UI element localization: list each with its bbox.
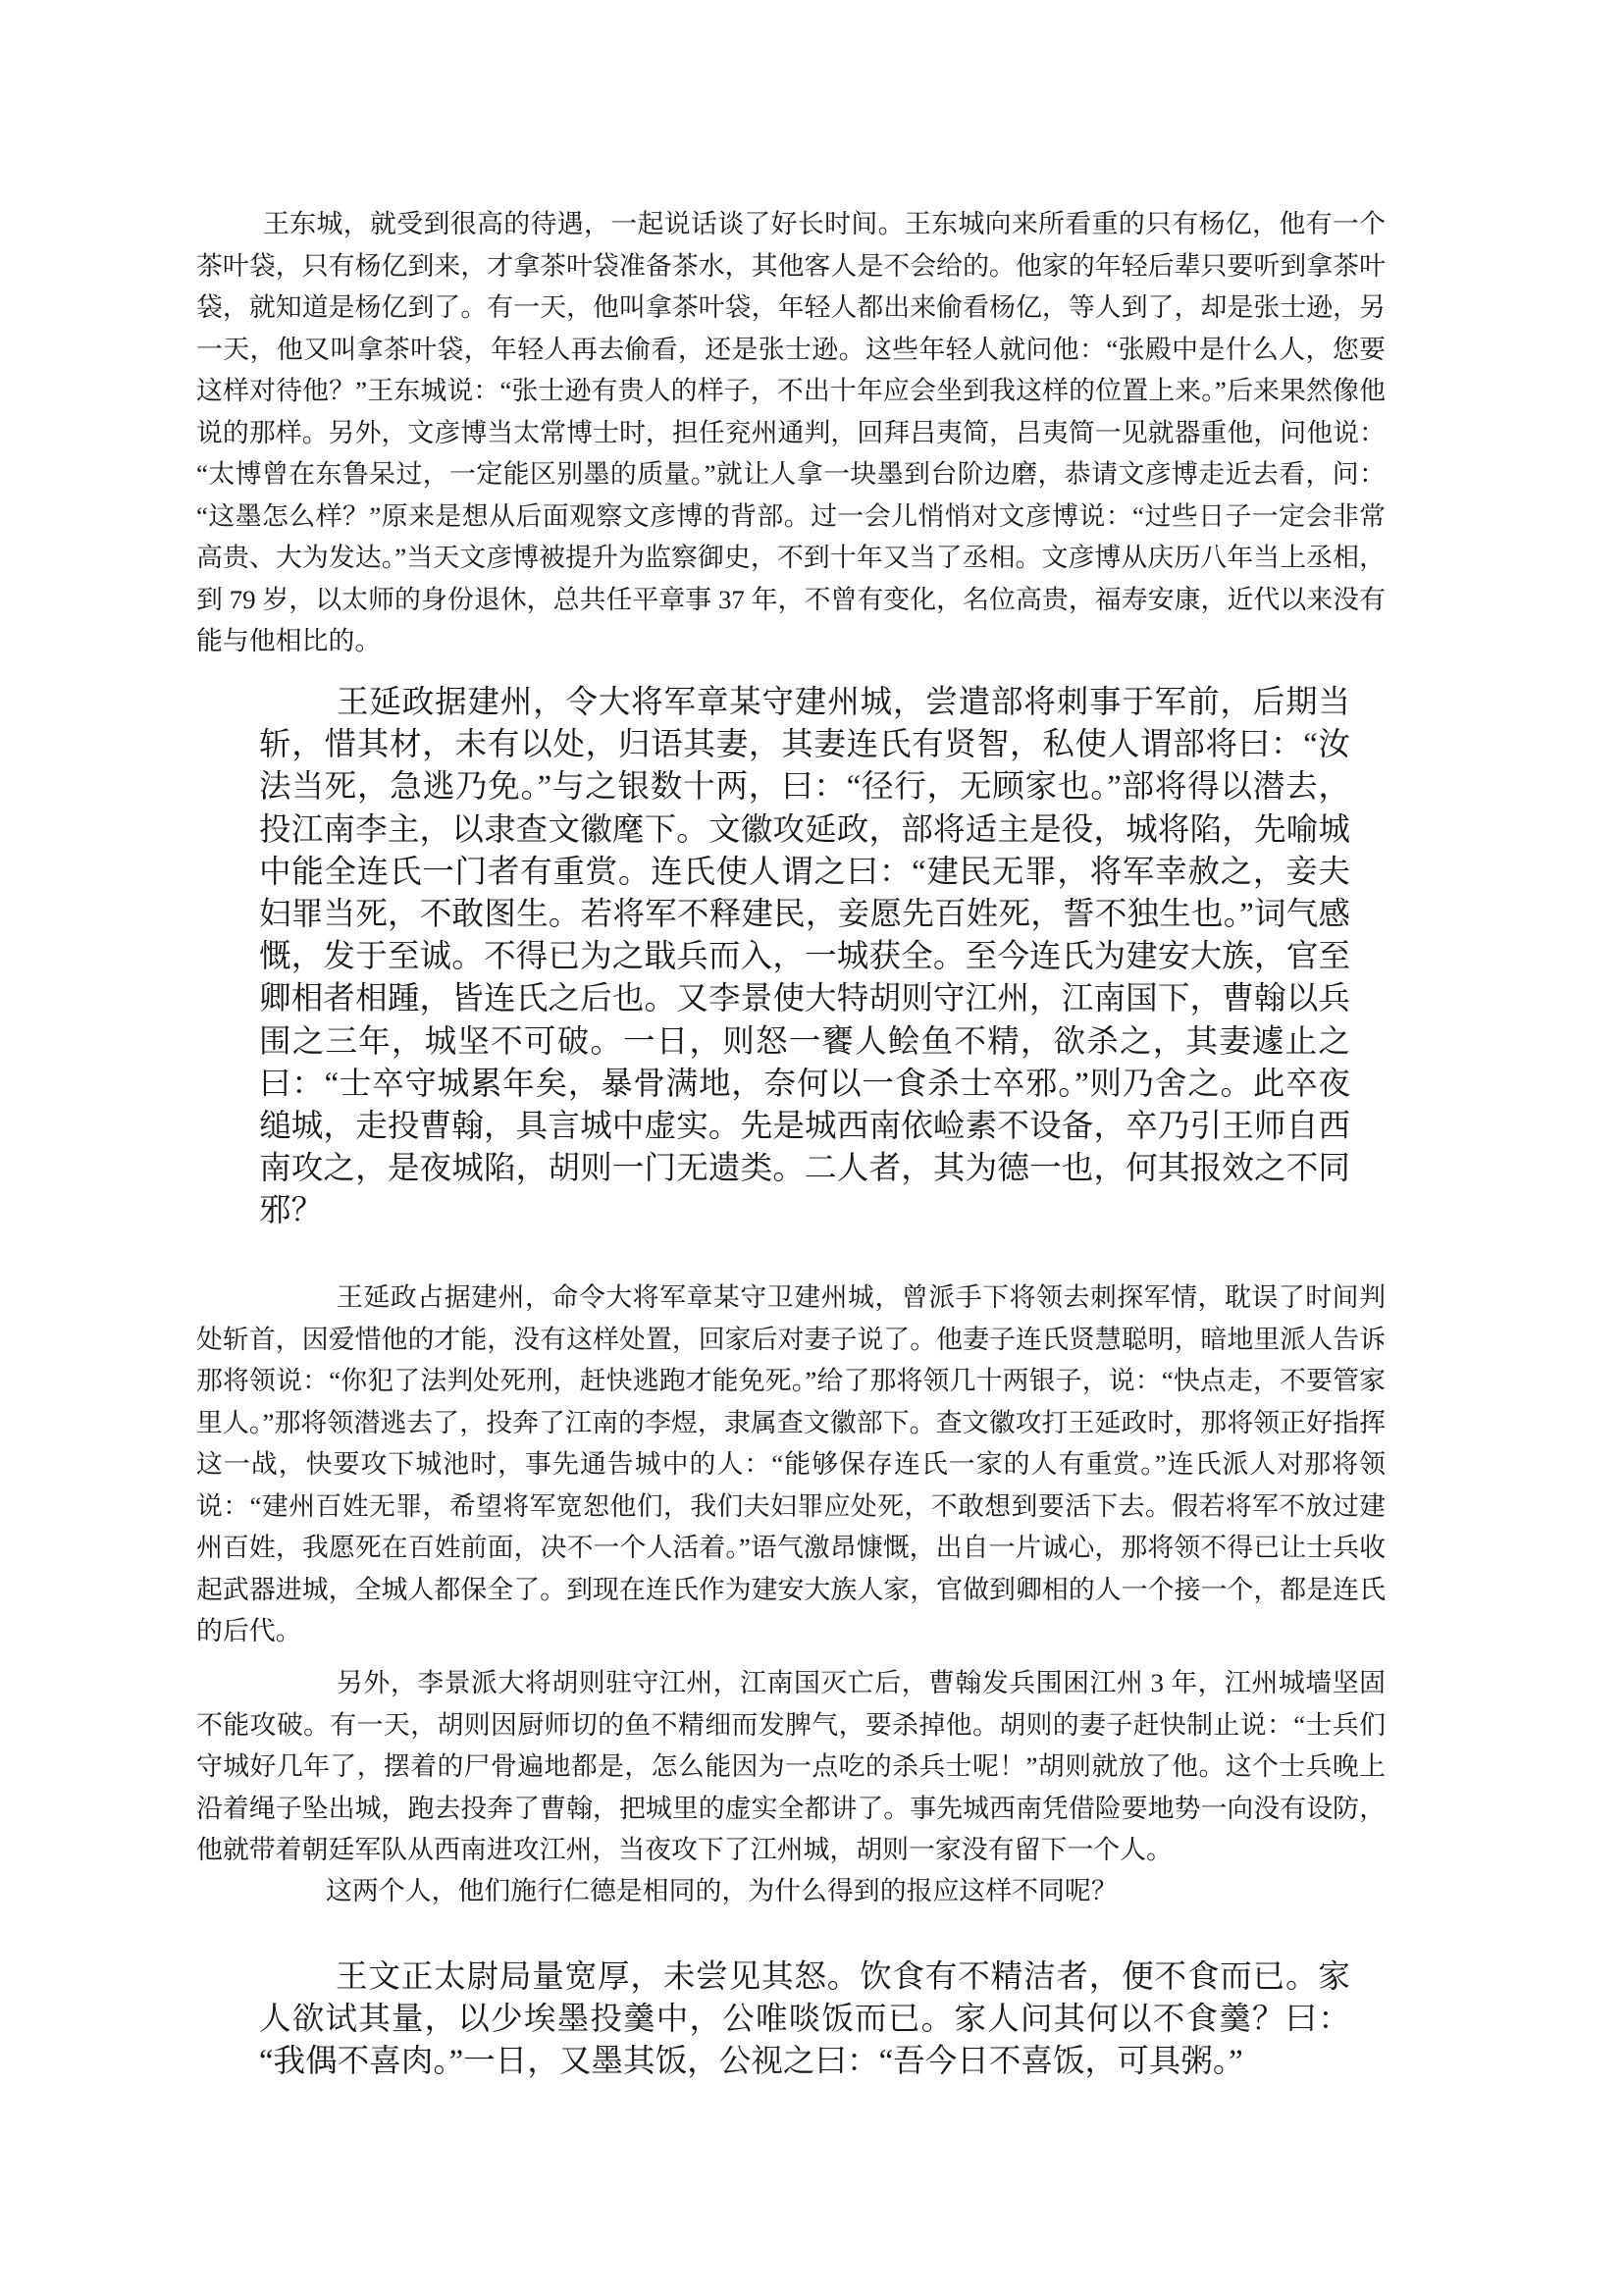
paragraph-translation-continued: 王东城，就受到很高的待遇，一起说话谈了好长时间。王东城向来所看重的只有杨亿，他有… (196, 203, 1386, 662)
document-page: 王东城，就受到很高的待遇，一起说话谈了好长时间。王东城向来所看重的只有杨亿，他有… (0, 0, 1624, 2294)
paragraph-translation-conclusion: 这两个人，他们施行仁德是相同的，为什么得到的报应这样不同呢？ (196, 1870, 1386, 1912)
paragraph-translation-wang-yanzheng: 王延政占据建州，命令大将军章某守卫建州城，曾派手下将领去刺探军情，耽误了时间判处… (196, 1277, 1386, 1652)
paragraph-translation-hu-ze: 另外，李景派大将胡则驻守江州，江南国灭亡后，曹翰发兵围困江州 3 年，江州城墙坚… (196, 1662, 1386, 1871)
paragraph-classical-wang-yanzheng: 王延政据建州，令大将军章某守建州城，尝遣部将刺事于军前，后期当斩，惜其材，未有以… (259, 682, 1350, 1233)
paragraph-classical-wang-wenzheng: 王文正太尉局量宽厚，未尝见其怒。饮食有不精洁者，便不食而已。家人欲试其量，以少埃… (259, 1956, 1350, 2084)
